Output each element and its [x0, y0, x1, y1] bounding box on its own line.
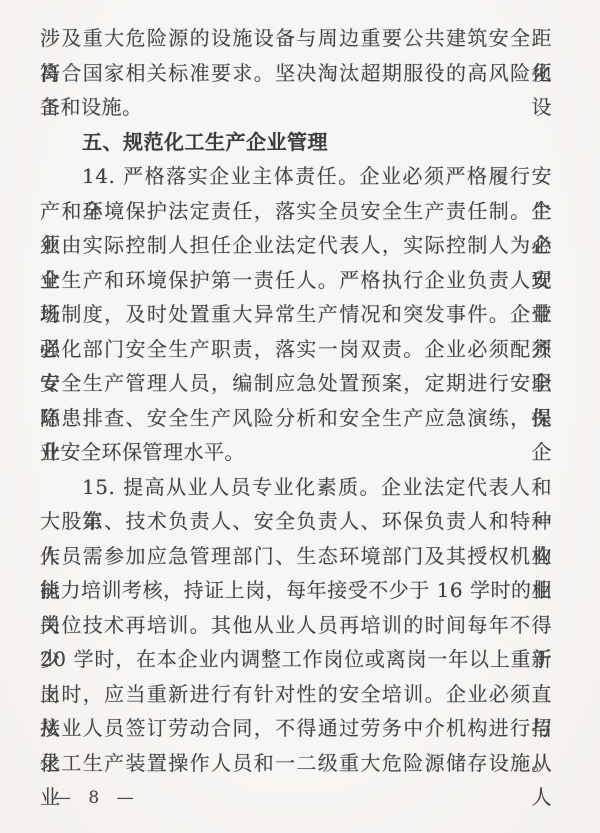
- text-line: 符合国家相关标准要求。坚决淘汰超期服役的高风险化工设: [40, 56, 552, 91]
- text-line: 全生产和环境保护第一责任人。严格执行企业负责人现场带: [40, 263, 552, 298]
- text-line: 涉及重大危险源的设施设备与周边重要公共建筑安全距离须: [40, 21, 552, 56]
- page-number: — 8 —: [54, 788, 136, 808]
- text-line: 20 学时，在本企业内调整工作岗位或离岗一年以上重新上: [40, 642, 552, 677]
- text-line-item-14-start: 14. 严格落实企业主体责任。企业必须严格履行安全生: [40, 159, 552, 194]
- text-line: 岗位技术再培训。其他从业人员再培训的时间每年不得少于: [40, 608, 552, 643]
- text-line-item-15-start: 15. 提高从业人员专业化素质。企业法定代表人和第一: [40, 470, 552, 505]
- text-line: 安全生产管理人员，编制应急处置预案，定期进行安全环保: [40, 366, 552, 401]
- text-line: 隐患排查、安全生产风险分析和安全生产应急演练，提升企: [40, 401, 552, 436]
- text-line: 须由实际控制人担任企业法定代表人，实际控制人为企业安: [40, 228, 552, 263]
- text-line: 岗时，应当重新进行有针对性的安全培训。企业必须直接与: [40, 677, 552, 712]
- text-line: 大股东、技术负责人、安全负责人、环保负责人和特种作业: [40, 504, 552, 539]
- text-line: 能力培训考核，持证上岗，每年接受不少于 16 学时的相关: [40, 573, 552, 608]
- document-body: 涉及重大危险源的设施设备与周边重要公共建筑安全距离须 符合国家相关标准要求。坚决…: [40, 21, 552, 780]
- text-line: 班制度，及时处置重大异常生产情况和突发事件。企业必须: [40, 297, 552, 332]
- text-line: 从业人员签订劳动合同，不得通过劳务中介机构进行招录。: [40, 711, 552, 746]
- document-page: 涉及重大危险源的设施设备与周边重要公共建筑安全距离须 符合国家相关标准要求。坚决…: [0, 0, 600, 833]
- text-line: 人员需参加应急管理部门、生态环境部门及其授权机构执业: [40, 539, 552, 574]
- text-line: 强化部门安全生产职责，落实一岗双责。企业必须配齐专职: [40, 332, 552, 367]
- text-line: 产和环境保护法定责任，落实全员安全生产责任制。企业必: [40, 194, 552, 229]
- text-line: 化工生产装置操作人员和一二级重大危险源储存设施从业人: [40, 746, 552, 781]
- section-heading: 五、规范化工生产企业管理: [40, 125, 552, 160]
